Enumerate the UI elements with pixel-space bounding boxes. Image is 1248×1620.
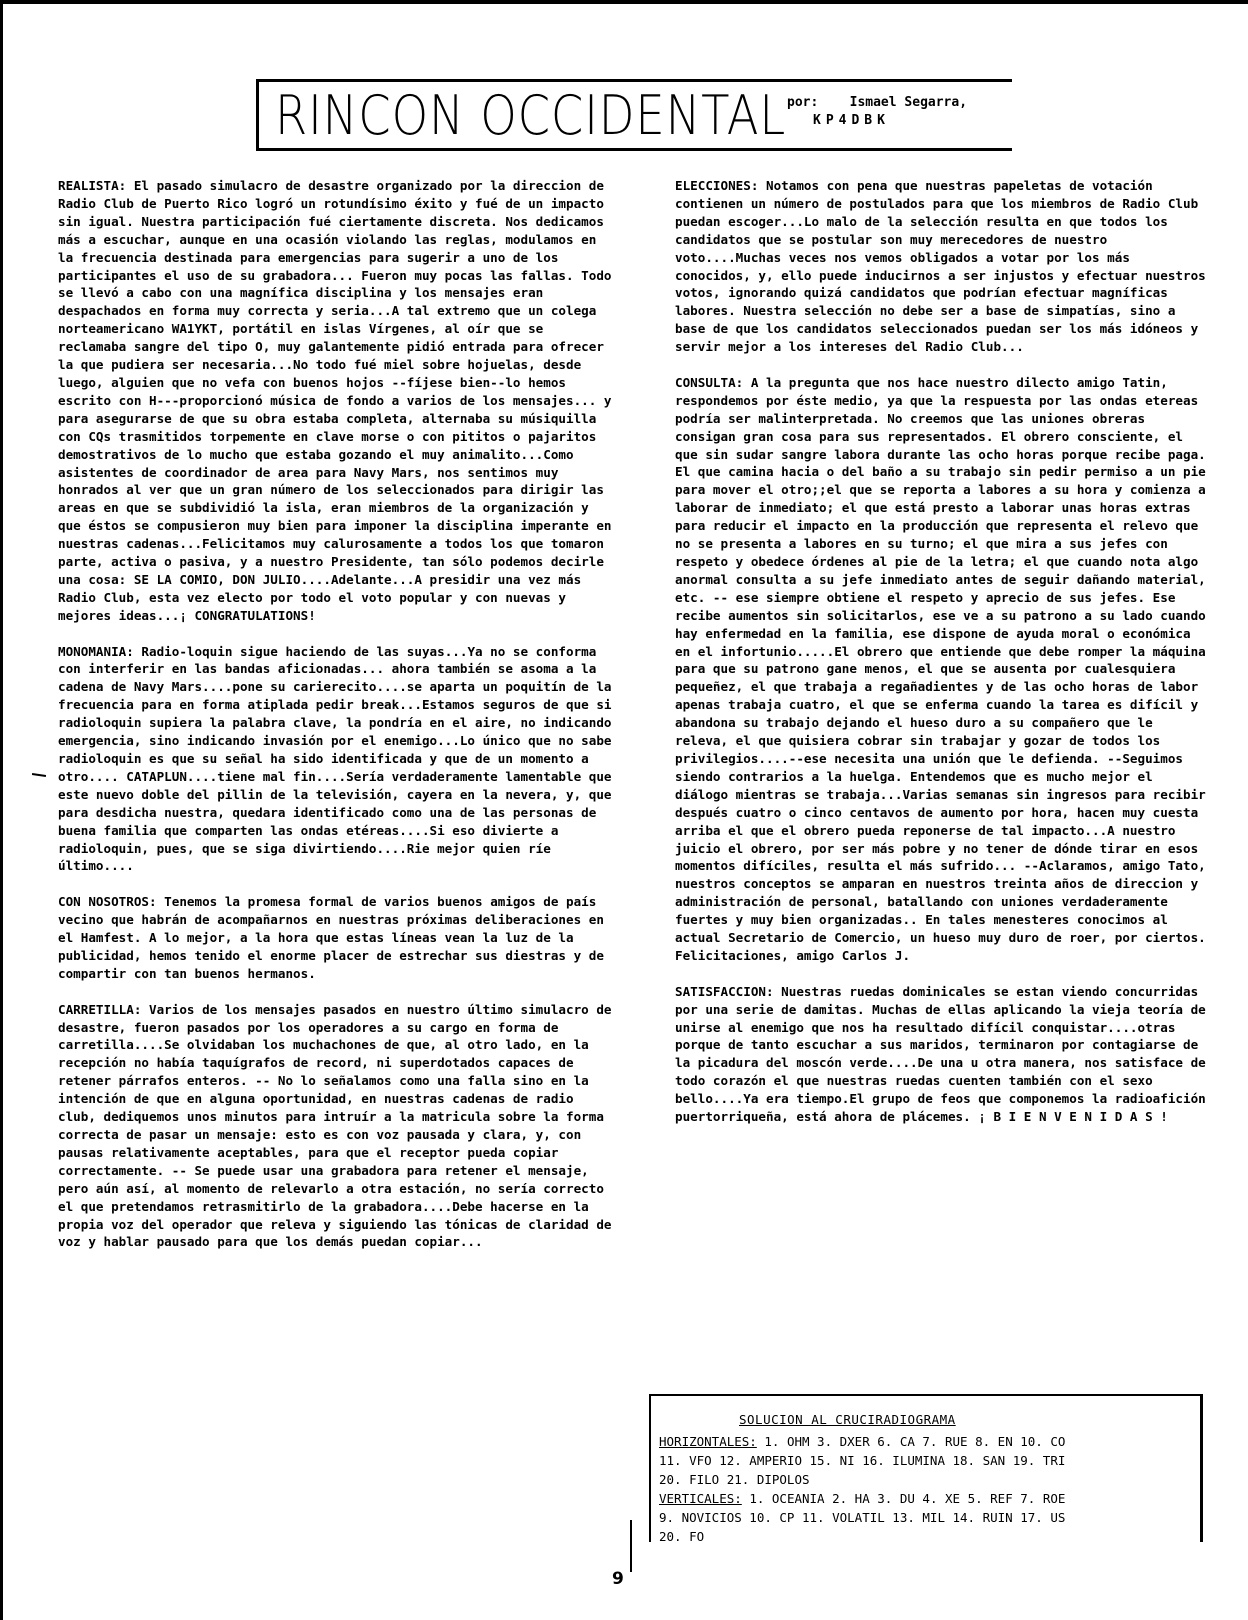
page-number: 9 — [612, 1569, 624, 1589]
article-heading: REALISTA: — [58, 178, 126, 193]
left-column: REALISTA: El pasado simulacro de desastr… — [58, 177, 618, 1269]
article-elecciones: ELECCIONES: Notamos con pena que nuestra… — [675, 177, 1210, 356]
horizontales-line: HORIZONTALES: 1. OHM 3. DXER 6. CA 7. RU… — [659, 1432, 1199, 1451]
verticales-label: VERTICALES: — [659, 1491, 742, 1506]
article-heading: CONSULTA: — [675, 375, 743, 390]
article-carretilla: CARRETILLA: Varios de los mensajes pasad… — [58, 1001, 618, 1252]
article-body: A la pregunta que nos hace nuestro dilec… — [675, 375, 1206, 963]
column-masthead: RINCON OCCIDENTAL por: Ismael Segarra, K… — [256, 79, 1012, 151]
page-rule — [630, 1520, 632, 1572]
verticales-line: 9. NOVICIOS 10. CP 11. VOLATIL 13. MIL 1… — [659, 1508, 1199, 1527]
article-body: El pasado simulacro de desastre organiza… — [58, 178, 612, 623]
byline-callsign: KP4DBK — [787, 112, 967, 130]
scan-border-left — [0, 0, 3, 1620]
byline-author: Ismael Segarra, — [850, 95, 967, 110]
crossword-title: SOLUCION AL CRUCIRADIOGRAMA — [739, 1410, 956, 1429]
article-realista: REALISTA: El pasado simulacro de desastr… — [58, 177, 618, 625]
horizontales-answers: 1. OHM 3. DXER 6. CA 7. RUE 8. EN 10. CO — [757, 1434, 1066, 1449]
article-con-nosotros: CON NOSOTROS: Tenemos la promesa formal … — [58, 893, 618, 983]
article-body: Notamos con pena que nuestras papeletas … — [675, 178, 1206, 354]
horizontales-line: 11. VFO 12. AMPERIO 15. NI 16. ILUMINA 1… — [659, 1451, 1199, 1470]
article-body: Varios de los mensajes pasados en nuestr… — [58, 1002, 612, 1250]
article-satisfaccion: SATISFACCION: Nuestras ruedas dominicale… — [675, 983, 1210, 1126]
crossword-solution-box: SOLUCION AL CRUCIRADIOGRAMA HORIZONTALES… — [649, 1394, 1203, 1542]
article-heading: SATISFACCION: — [675, 984, 774, 999]
byline-prefix: por: — [787, 95, 818, 110]
scan-border-top — [0, 0, 1248, 4]
article-heading: CON NOSOTROS: — [58, 894, 157, 909]
horizontales-label: HORIZONTALES: — [659, 1434, 757, 1449]
masthead-title: RINCON OCCIDENTAL — [275, 84, 786, 148]
byline: por: Ismael Segarra, KP4DBK — [787, 94, 967, 130]
verticales-answers: 1. OCEANIA 2. HA 3. DU 4. XE 5. REF 7. R… — [742, 1491, 1066, 1506]
article-body: Radio-loquin sigue haciendo de las suyas… — [58, 644, 612, 874]
article-heading: ELECCIONES: — [675, 178, 758, 193]
crossword-answers: HORIZONTALES: 1. OHM 3. DXER 6. CA 7. RU… — [659, 1432, 1199, 1546]
horizontales-line: 20. FILO 21. DIPOLOS — [659, 1470, 1199, 1489]
right-column: ELECCIONES: Notamos con pena que nuestra… — [675, 177, 1210, 1144]
margin-pen-mark — [32, 773, 46, 777]
verticales-line: 20. FO — [659, 1527, 1199, 1546]
article-heading: CARRETILLA: — [58, 1002, 141, 1017]
article-heading: MONOMANIA: — [58, 644, 134, 659]
article-consulta: CONSULTA: A la pregunta que nos hace nue… — [675, 374, 1210, 965]
verticales-line: VERTICALES: 1. OCEANIA 2. HA 3. DU 4. XE… — [659, 1489, 1199, 1508]
article-body: Nuestras ruedas dominicales se estan vie… — [675, 984, 1206, 1124]
article-monomania: MONOMANIA: Radio-loquin sigue haciendo d… — [58, 643, 618, 876]
